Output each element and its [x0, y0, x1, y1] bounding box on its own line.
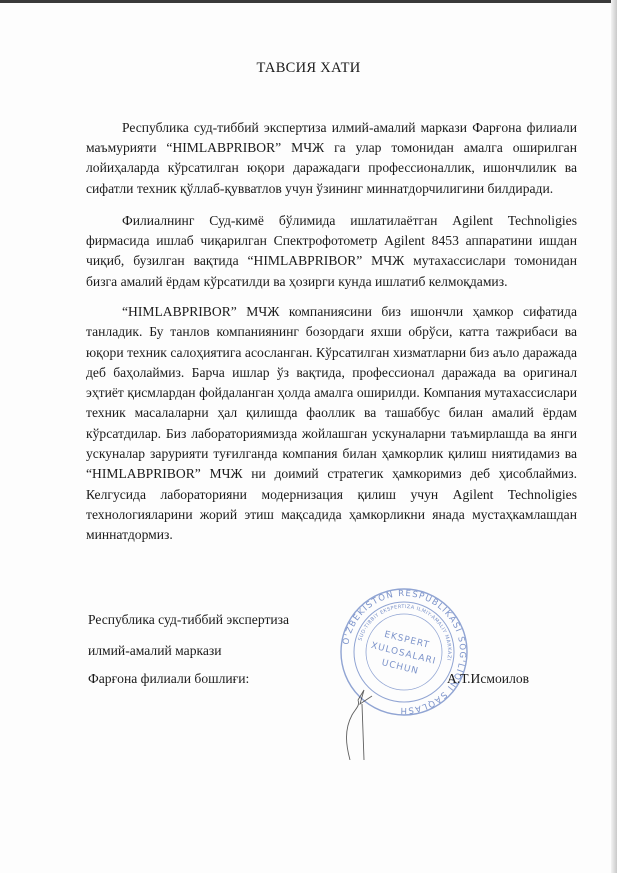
- handwritten-signature-icon: [338, 660, 398, 760]
- scan-edge-right: [611, 0, 617, 873]
- scan-edge-top: [0, 0, 617, 3]
- paragraph-1: Республика суд-тиббий экспертиза илмий-а…: [86, 118, 577, 199]
- document-title: ТАВСИЯ ХАТИ: [0, 60, 617, 77]
- signatory-position: Фарғона филиали бошлиғи:: [88, 671, 249, 687]
- signatory-name: А.Т.Исмоилов: [447, 671, 529, 687]
- paragraph-2: Филиалнинг Суд-кимё бўлимида ишлатилаётг…: [86, 211, 577, 292]
- signatory-organization: Республика суд-тиббий экспертиза: [88, 612, 289, 628]
- paragraph-3: “HIMLABPRIBOR” МЧЖ компаниясини биз ишон…: [86, 302, 577, 546]
- letter-page: ТАВСИЯ ХАТИ Республика суд-тиббий экспер…: [0, 0, 617, 873]
- signatory-organization-line2: илмий-амалий маркази: [88, 643, 222, 659]
